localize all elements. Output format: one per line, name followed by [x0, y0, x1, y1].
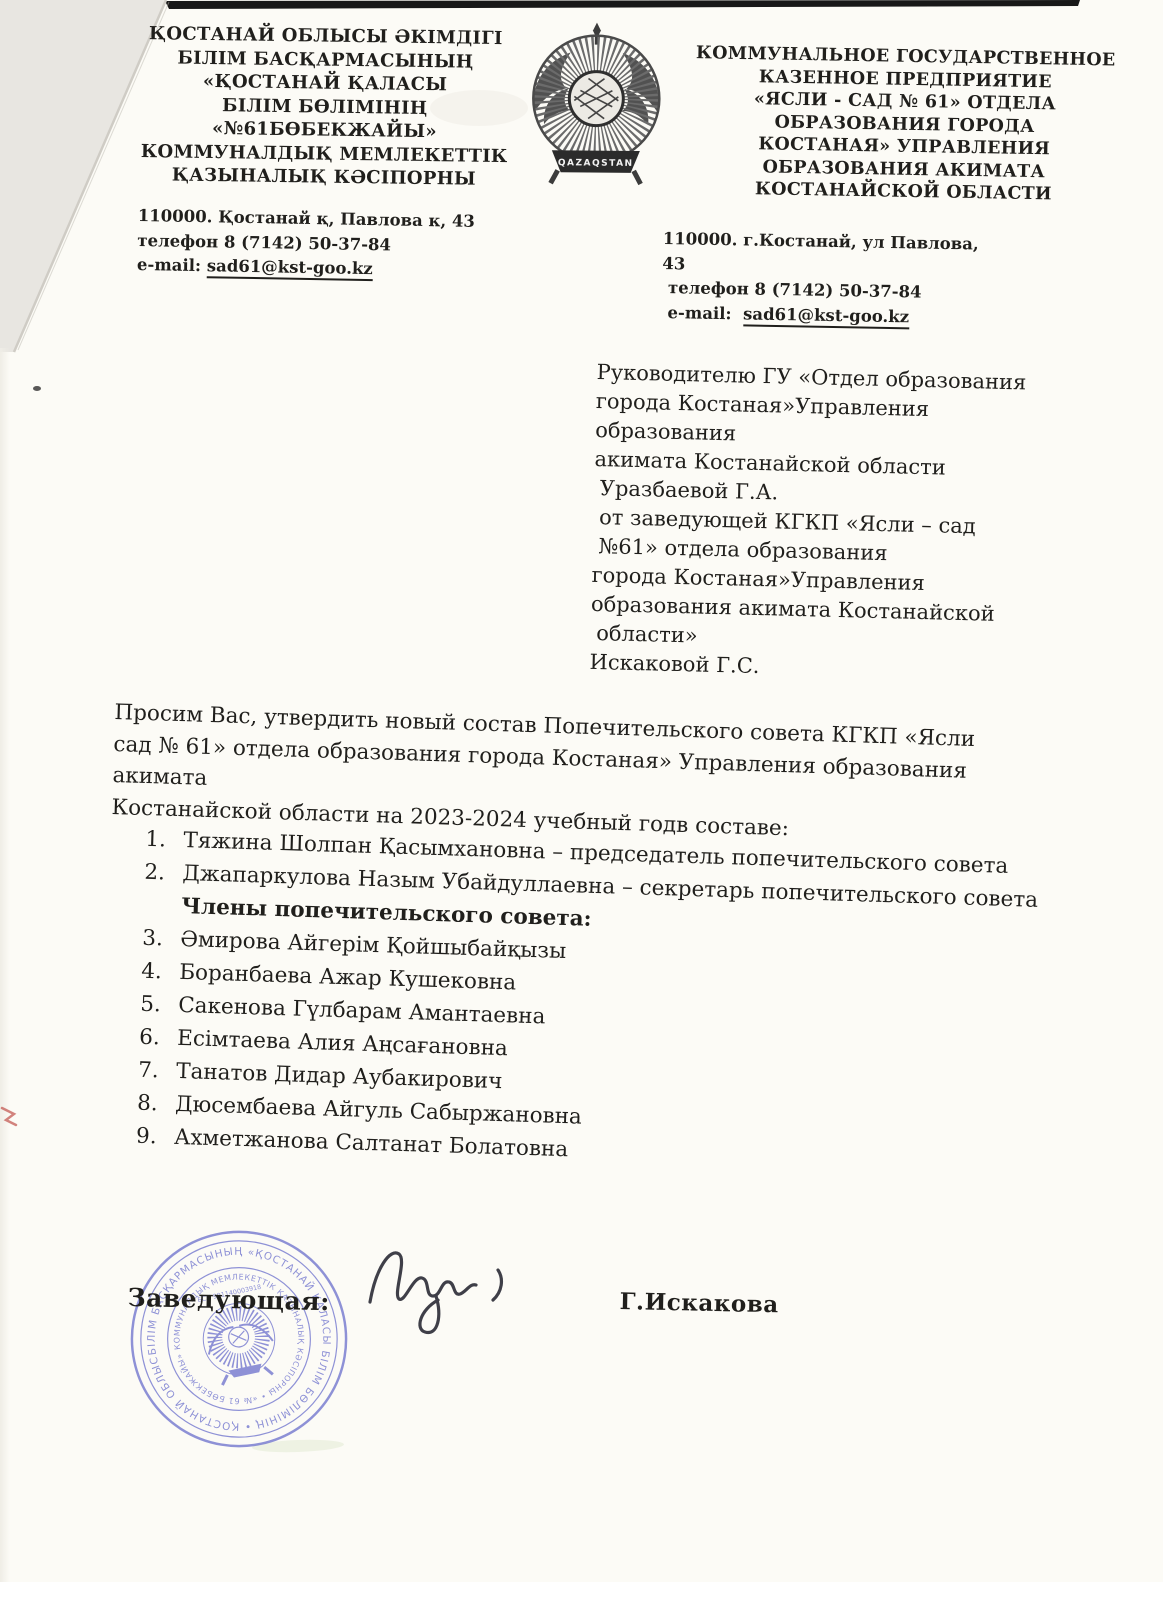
contact-block-kazakh: 110000. Қостанай қ, Павлова к, 43 телефо…	[137, 204, 478, 283]
handwritten-signature	[350, 1230, 520, 1345]
email-label: e-mail:	[667, 303, 731, 323]
roster-number: 3.	[116, 921, 181, 956]
email-address: sad61@kst-goo.kz	[207, 256, 373, 281]
addressee-block: Руководителю ГУ «Отдел образованиягорода…	[589, 358, 1067, 688]
signer-name: Г.Искакова	[619, 1288, 779, 1318]
roster-number: 6.	[113, 1020, 178, 1055]
contact-address: 110000. г.Костанай, ул Павлова, 43	[662, 227, 1003, 282]
correction-fluid-blob	[430, 90, 528, 126]
signer-role-label: Заведующая:	[127, 1283, 330, 1316]
ink-speck	[33, 386, 41, 391]
kazakhstan-emblem: QAZAQSTAN	[526, 20, 667, 189]
roster-number: 4.	[115, 954, 180, 989]
scan-edge-left	[0, 348, 10, 1588]
scanned-letter-page: ҚОСТАНАЙ ОБЛЫСЫ ӘКІМДІГІБІЛІМ БАСҚАРМАСЫ…	[0, 0, 1163, 1600]
roster-number: 2.	[118, 855, 183, 890]
roster-number	[117, 888, 182, 923]
roster-number: 9.	[110, 1119, 175, 1154]
scan-edge-bottom	[0, 1582, 1163, 1600]
email-label: e-mail:	[137, 255, 201, 275]
contact-email-row: e-mail: sad61@kst-goo.kz	[661, 300, 1001, 330]
red-pen-speck	[0, 1100, 22, 1132]
council-roster: 1. Тяжина Шолпан Қасымхановна – председа…	[110, 822, 1070, 1182]
contact-block-russian: 110000. г.Костанай, ул Павлова, 43 телеф…	[661, 227, 1003, 331]
roster-number: 8.	[111, 1086, 176, 1121]
letterhead-russian: КОММУНАЛЬНОЕ ГОСУДАРСТВЕННОЕКАЗЕННОЕ ПРЕ…	[685, 42, 1124, 207]
roster-number: 5.	[114, 987, 179, 1022]
roster-number: 1.	[119, 822, 184, 857]
emblem-banner-text: QAZAQSTAN	[558, 158, 634, 169]
roster-number: 7.	[112, 1053, 177, 1088]
email-address: sad61@kst-goo.kz	[743, 304, 909, 329]
official-round-stamp: БІЛІМ БАСҚАРМАСЫНЫҢ «ҚОСТАНАЙ ҚАЛАСЫ БІЛ…	[125, 1225, 353, 1453]
